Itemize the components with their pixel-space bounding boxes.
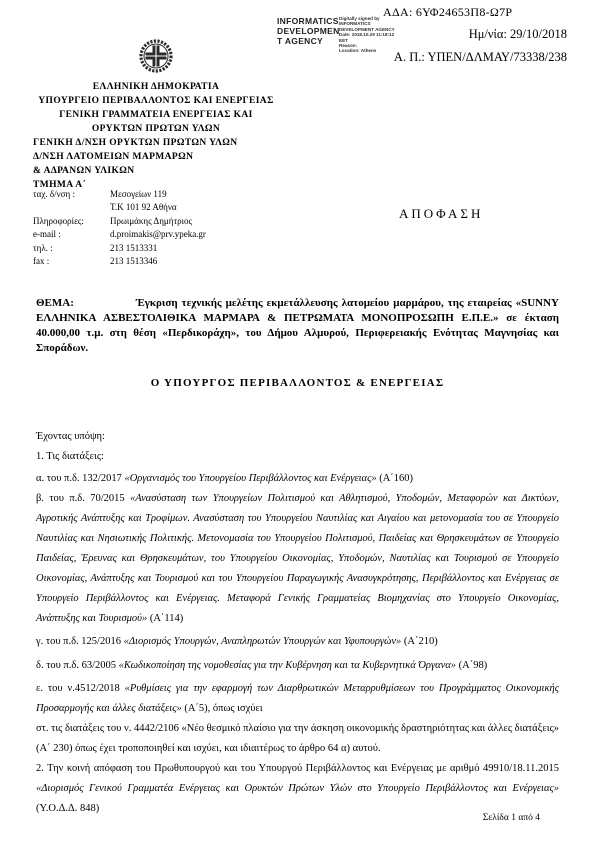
item-d-quote: «Κωδικοποίηση της νομοθεσίας για την Κυβ… [119, 660, 456, 671]
list-item-2: 2. Την κοινή απόφαση του Πρωθυπουργού κα… [36, 759, 559, 819]
item-2-quote: «Διορισμός Γενικού Γραμματέα Ενέργειας κ… [36, 783, 559, 794]
list-item-c: γ. του π.δ. 125/2016 «Διορισμός Υπουργών… [36, 632, 559, 652]
contact-value: Τ.Κ 101 92 Αθήνα [110, 201, 283, 214]
list-item-1: 1. Τις διατάξεις: [36, 447, 559, 467]
digital-signature-stamp: INFORMATICS DEVELOPMEN T AGENCY Digitall… [277, 16, 399, 54]
contact-label: fax : [33, 255, 110, 268]
item-b-pre: β. του π.δ. 70/2015 [36, 493, 130, 504]
agency-name-line: DEVELOPMEN [277, 26, 335, 36]
having-regard-line: Έχοντας υπόψη: [36, 427, 559, 447]
subject-paragraph: ΘΕΜΑ:Έγκριση τεχνικής μελέτης εκμετάλλευ… [36, 296, 559, 356]
item-d-pre: δ. του π.δ. 63/2005 [36, 660, 119, 671]
item-2-post: (Υ.Ο.Δ.Δ. 848) [36, 803, 99, 814]
ministry-header: ΕΛΛΗΝΙΚΗ ΔΗΜΟΚΡΑΤΙΑ ΥΠΟΥΡΓΕΙΟ ΠΕΡΙΒΑΛΛΟΝ… [30, 38, 282, 192]
contact-row-information: Πληροφορίες: Πρωιμάκης Δημήτριος [33, 215, 283, 228]
contact-info: ταχ. δ/νση : Μεσογείων 119 Τ.Κ 101 92 Αθ… [33, 188, 283, 268]
contact-value: 213 1513346 [110, 255, 283, 268]
list-item-e: ε. του ν.4512/2018 «Ρυθμίσεις για την εφ… [36, 679, 559, 719]
list-item-b: β. του π.δ. 70/2015 «Ανασύσταση των Υπου… [36, 489, 559, 629]
item-c-quote: «Διορισμός Υπουργών, Αναπληρωτών Υπουργώ… [124, 636, 402, 647]
list-item-a: α. του π.δ. 132/2017 «Οργανισμός του Υπο… [36, 469, 559, 489]
header-line-division: Δ/ΝΣΗ ΛΑΤΟΜΕΙΩΝ ΜΑΡΜΑΡΩΝ [33, 150, 282, 164]
contact-label: ταχ. δ/νση : [33, 188, 110, 201]
contact-label: τηλ. : [33, 242, 110, 255]
contact-email-value: d.proimakis@prv.ypeka.gr [110, 228, 283, 241]
contact-row-fax: fax : 213 1513346 [33, 255, 283, 268]
contact-value: Μεσογείων 119 [110, 188, 283, 201]
signing-agency-name: INFORMATICS DEVELOPMEN T AGENCY [277, 16, 335, 54]
contact-row-phone: τηλ. : 213 1513331 [33, 242, 283, 255]
item-e-post: (Α΄5), όπως ισχύει [182, 703, 263, 714]
contact-row-postcode: Τ.Κ 101 92 Αθήνα [33, 201, 283, 214]
contact-value: Πρωιμάκης Δημήτριος [110, 215, 283, 228]
contact-label: Πληροφορίες: [33, 215, 110, 228]
national-emblem-icon [138, 38, 174, 74]
ada-number: ΑΔΑ: 6ΥΦ24653Π8-Ω7Ρ [383, 5, 512, 20]
item-b-post: (Α΄114) [147, 613, 183, 624]
item-2-pre: 2. Την κοινή απόφαση του Πρωθυπουργού κα… [36, 763, 559, 774]
item-d-post: (Α΄98) [456, 660, 487, 671]
item-c-post: (Α΄210) [401, 636, 437, 647]
contact-label: e-mail : [33, 228, 110, 241]
contact-row-email: e-mail : d.proimakis@prv.ypeka.gr [33, 228, 283, 241]
item-a-quote: «Οργανισμός του Υπουργείου Περιβάλλοντος… [124, 473, 376, 484]
minister-heading: Ο ΥΠΟΥΡΓΟΣ ΠΕΡΙΒΑΛΛΟΝΤΟΣ & ΕΝΕΡΓΕΙΑΣ [36, 376, 559, 391]
signature-details: Digitally signed by INFORMATICS DEVELOPM… [339, 16, 399, 54]
item-a-pre: α. του π.δ. 132/2017 [36, 473, 124, 484]
header-line-division2: & ΑΔΡΑΝΩΝ ΥΛΙΚΩΝ [33, 164, 282, 178]
contact-label [33, 201, 110, 214]
item-e-pre: ε. του ν.4512/2018 [36, 683, 125, 694]
contact-row-address: ταχ. δ/νση : Μεσογείων 119 [33, 188, 283, 201]
contact-value: 213 1513331 [110, 242, 283, 255]
agency-name-line: T AGENCY [277, 36, 335, 46]
item-b-quote: «Ανασύσταση των Υπουργείων Πολιτισμού κα… [36, 493, 559, 624]
list-item-st: στ. τις διατάξεις του ν. 4442/2106 «Νέο … [36, 719, 559, 759]
decision-title: ΑΠΟΦΑΣΗ [399, 206, 483, 222]
header-line-secretariat: ΓΕΝΙΚΗ ΓΡΑΜΜΑΤΕΙΑ ΕΝΕΡΓΕΙΑΣ ΚΑΙ [30, 108, 282, 122]
agency-name-line: INFORMATICS [277, 16, 335, 26]
subject-label: ΘΕΜΑ: [36, 296, 136, 311]
page-footer: Σελίδα 1 από 4 [483, 813, 540, 823]
header-line-directorate: ΓΕΝΙΚΗ Δ/ΝΣΗ ΟΡΥΚΤΩΝ ΠΡΩΤΩΝ ΥΛΩΝ [33, 136, 282, 150]
signature-detail-line: Date: 2018.10.29 11:18:12 [339, 32, 399, 37]
header-line-republic: ΕΛΛΗΝΙΚΗ ΔΗΜΟΚΡΑΤΙΑ [30, 80, 282, 94]
signature-detail-line: Location: Athens [339, 48, 399, 53]
item-c-pre: γ. του π.δ. 125/2016 [36, 636, 124, 647]
protocol-number: Α. Π.: ΥΠΕΝ/ΔΛΜΑΥ/73338/238 [394, 50, 567, 65]
list-item-d: δ. του π.δ. 63/2005 «Κωδικοποίηση της νο… [36, 656, 559, 676]
document-date: Ημ/νία: 29/10/2018 [469, 27, 567, 42]
item-a-post: (Α΄160) [377, 473, 413, 484]
header-line-secretariat2: ΟΡΥΚΤΩΝ ΠΡΩΤΩΝ ΥΛΩΝ [30, 122, 282, 136]
header-line-ministry: ΥΠΟΥΡΓΕΙΟ ΠΕΡΙΒΑΛΛΟΝΤΟΣ ΚΑΙ ΕΝΕΡΓΕΙΑΣ [30, 94, 282, 108]
document-body: ΘΕΜΑ:Έγκριση τεχνικής μελέτης εκμετάλλευ… [36, 296, 559, 819]
